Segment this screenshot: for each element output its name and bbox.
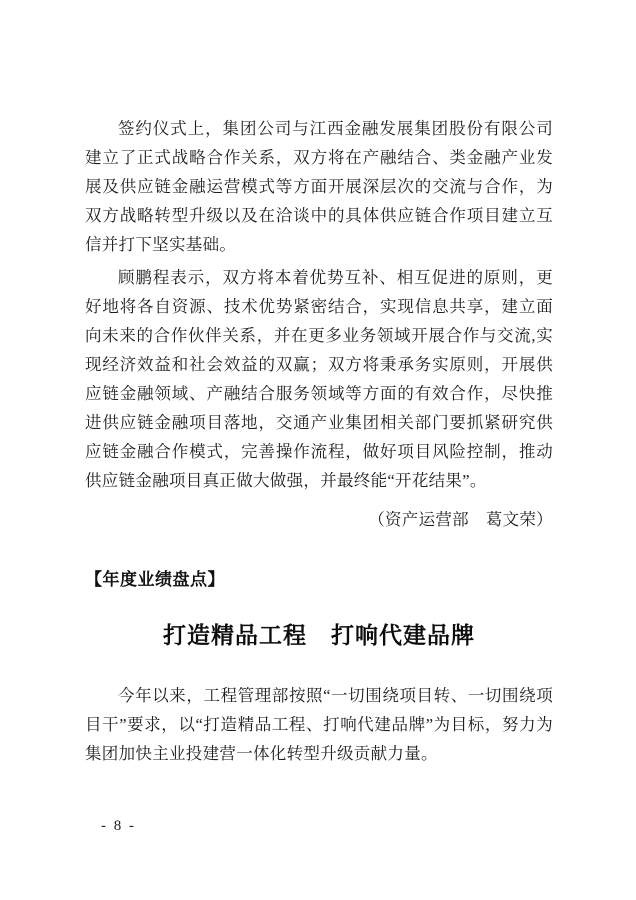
paragraph-gu-pengcheng-remarks: 顾鹏程表示，双方将本着优势互补、相互促进的原则，更好地将各自资源、技术优势紧密结…: [85, 263, 553, 495]
attribution-line: （资产运营部 葛文荣）: [85, 505, 553, 534]
paragraph-signing-ceremony: 签约仪式上，集团公司与江西金融发展集团股份有限公司建立了正式战略合作关系，双方将…: [85, 114, 553, 259]
section-heading-annual-performance: 【年度业绩盘点】: [85, 565, 553, 594]
page-number: - 8 -: [101, 816, 136, 836]
article-title: 打造精品工程 打响代建品牌: [85, 620, 553, 652]
document-page: 签约仪式上，集团公司与江西金融发展集团股份有限公司建立了正式战略合作关系，双方将…: [0, 0, 636, 900]
paragraph-engineering-department: 今年以来，工程管理部按照“一切围绕项目转、一切围绕项目干”要求，以“打造精品工程…: [85, 681, 553, 768]
